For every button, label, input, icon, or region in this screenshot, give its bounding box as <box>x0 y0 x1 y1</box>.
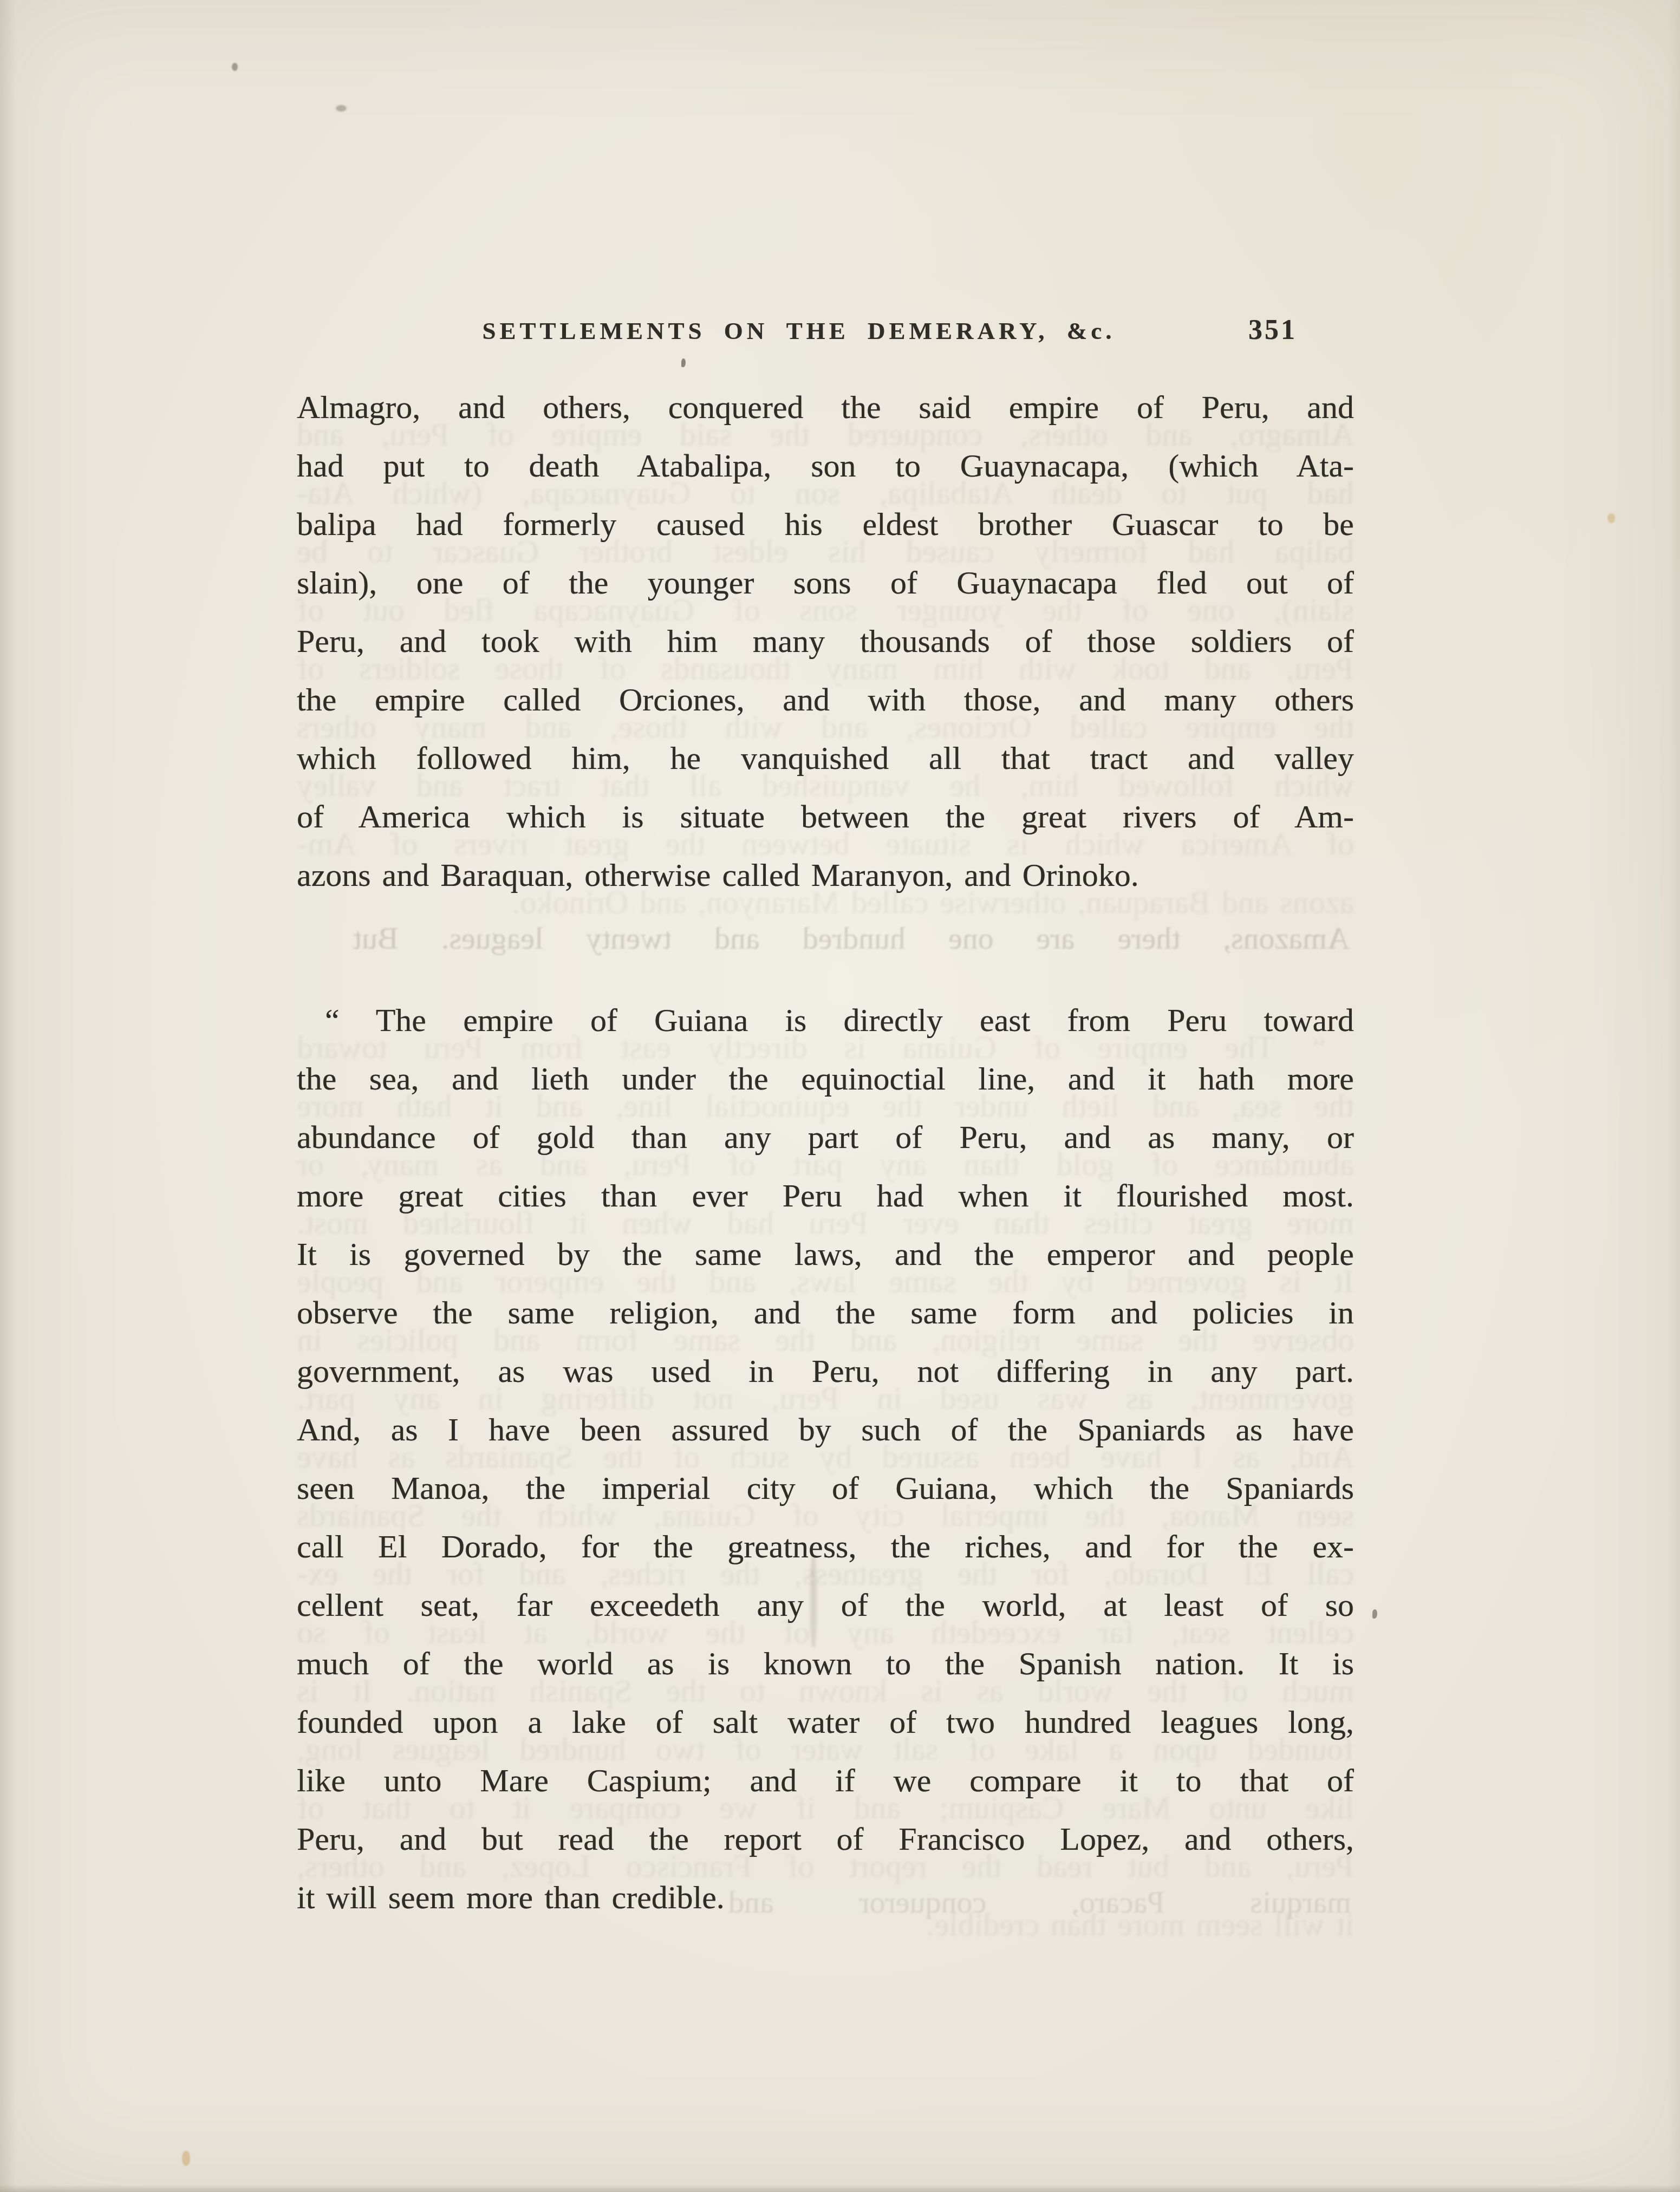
ink-speck <box>681 358 686 367</box>
text-line: like unto Mare Caspium; and if we compar… <box>297 1751 1354 1810</box>
text-block: Almagro, and others, conquered the said … <box>297 378 1354 1927</box>
paper-stain <box>182 2151 190 2166</box>
text-line: had put to death Atabalipa, son to Guayn… <box>297 436 1354 495</box>
ink-speck <box>1372 1609 1377 1619</box>
ink-speck <box>232 63 238 71</box>
running-title: SETTLEMENTS ON THE DEMERARY, &c. <box>482 317 1115 344</box>
paragraph: “ The empire of Guiana is directly east … <box>297 991 1354 1927</box>
text-line: the sea, and lieth under the equinoctial… <box>297 1049 1354 1108</box>
page-number: 351 <box>1248 314 1297 346</box>
text-line: the empire called Orciones, and with tho… <box>297 670 1354 729</box>
text-line: slain), one of the younger sons of Guayn… <box>297 553 1354 612</box>
text-line: founded upon a lake of salt water of two… <box>297 1693 1354 1751</box>
text-line: of America which is situate between the … <box>297 787 1354 846</box>
ink-speck <box>336 105 347 112</box>
text-line: abundance of gold than any part of Peru,… <box>297 1108 1354 1166</box>
text-line: call El Dorado, for the greatness, the r… <box>297 1517 1354 1576</box>
text-line: observe the same religion, and the same … <box>297 1283 1354 1342</box>
text-line: which followed him, he vanquished all th… <box>297 729 1354 787</box>
text-line: government, as was used in Peru, not dif… <box>297 1342 1354 1400</box>
book-page: SETTLEMENTS ON THE DEMERARY, &c. 351 Alm… <box>0 0 1680 2192</box>
running-header: SETTLEMENTS ON THE DEMERARY, &c. <box>271 317 1327 355</box>
text-line: Peru, and took with him many thousands o… <box>297 612 1354 670</box>
text-line: balipa had formerly caused his eldest br… <box>297 495 1354 553</box>
paragraph: Almagro, and others, conquered the said … <box>297 378 1354 904</box>
text-line: Peru, and but read the report of Francis… <box>297 1810 1354 1868</box>
text-line: seen Manoa, the imperial city of Guiana,… <box>297 1459 1354 1517</box>
text-line: much of the world as is known to the Spa… <box>297 1634 1354 1693</box>
text-line: Almagro, and others, conquered the said … <box>297 378 1354 436</box>
text-line: azons and Baraquan, otherwise called Mar… <box>297 846 1354 904</box>
paper-stain <box>1607 513 1615 523</box>
text-line: it will seem more than credible. <box>297 1868 1354 1927</box>
text-line: “ The empire of Guiana is directly east … <box>297 991 1354 1049</box>
text-line: It is governed by the same laws, and the… <box>297 1225 1354 1283</box>
text-line: more great cities than ever Peru had whe… <box>297 1166 1354 1225</box>
text-line: cellent seat, far exceedeth any of the w… <box>297 1576 1354 1634</box>
text-line: And, as I have been assured by such of t… <box>297 1400 1354 1459</box>
